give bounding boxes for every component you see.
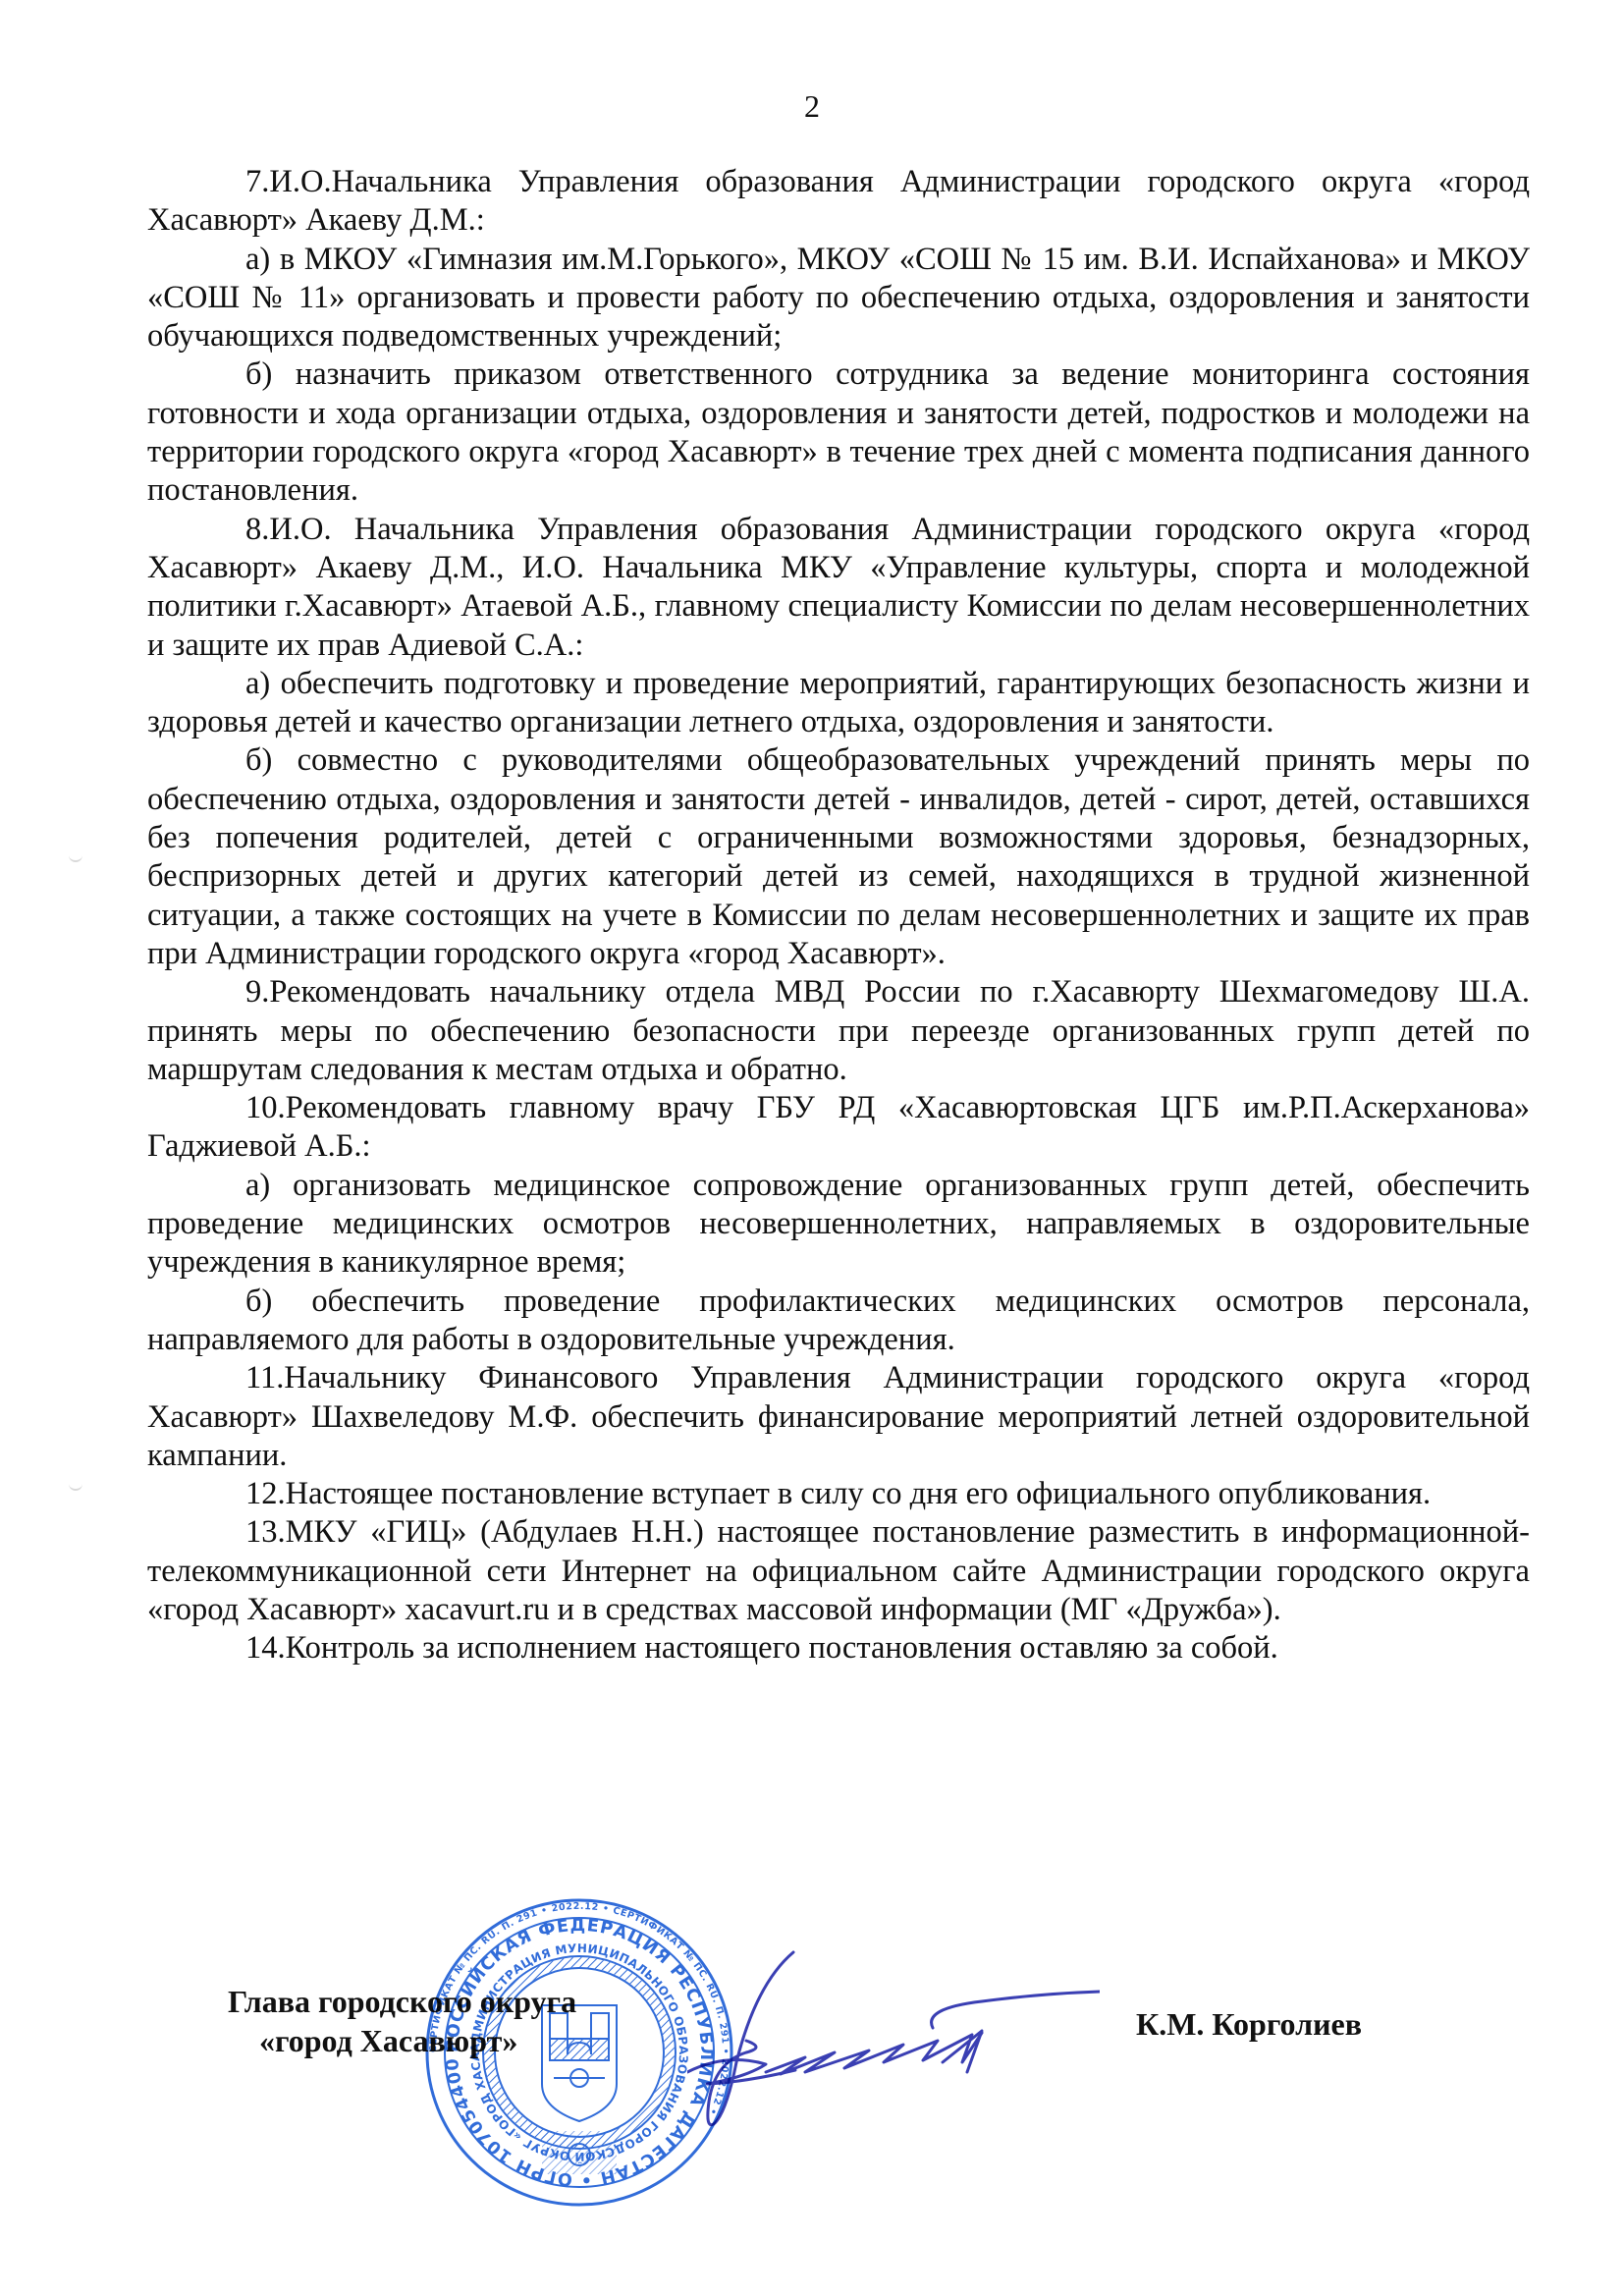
paragraph-10: 10.Рекомендовать главному врачу ГБУ РД «… (147, 1089, 1530, 1167)
paragraph-10b: б) обеспечить проведение профилактически… (147, 1283, 1530, 1360)
signatory-name: К.М. Корголиев (1136, 2004, 1362, 2044)
scan-artifact (69, 852, 82, 862)
paragraph-13: 13.МКУ «ГИЦ» (Абдулаев Н.Н.) настоящее п… (147, 1513, 1530, 1629)
paragraph-11: 11.Начальнику Финансового Управления Адм… (147, 1359, 1530, 1475)
document-body: 7.И.О.Начальника Управления образования … (147, 163, 1530, 1668)
page-number: 2 (0, 86, 1624, 126)
paragraph-10a: а) организовать медицинское сопровождени… (147, 1167, 1530, 1283)
paragraph-8: 8.И.О. Начальника Управления образования… (147, 511, 1530, 665)
paragraph-7b: б) назначить приказом ответственного сот… (147, 355, 1530, 510)
scan-artifact (69, 1481, 82, 1491)
paragraph-8b: б) совместно с руководителями общеобразо… (147, 741, 1530, 973)
paragraph-8a: а) обеспечить подготовку и проведение ме… (147, 665, 1530, 742)
paragraph-9: 9.Рекомендовать начальнику отдела МВД Ро… (147, 973, 1530, 1089)
paragraph-7a: а) в МКОУ «Гимназия им.М.Горького», МКОУ… (147, 241, 1530, 356)
paragraph-12: 12.Настоящее постановление вступает в си… (147, 1475, 1530, 1513)
handwritten-signature (687, 1915, 1100, 2151)
paragraph-7: 7.И.О.Начальника Управления образования … (147, 163, 1530, 241)
paragraph-14: 14.Контроль за исполнением настоящего по… (147, 1629, 1530, 1667)
signature-block: Глава городского округа «город Хасавюрт» (0, 1895, 1624, 2249)
